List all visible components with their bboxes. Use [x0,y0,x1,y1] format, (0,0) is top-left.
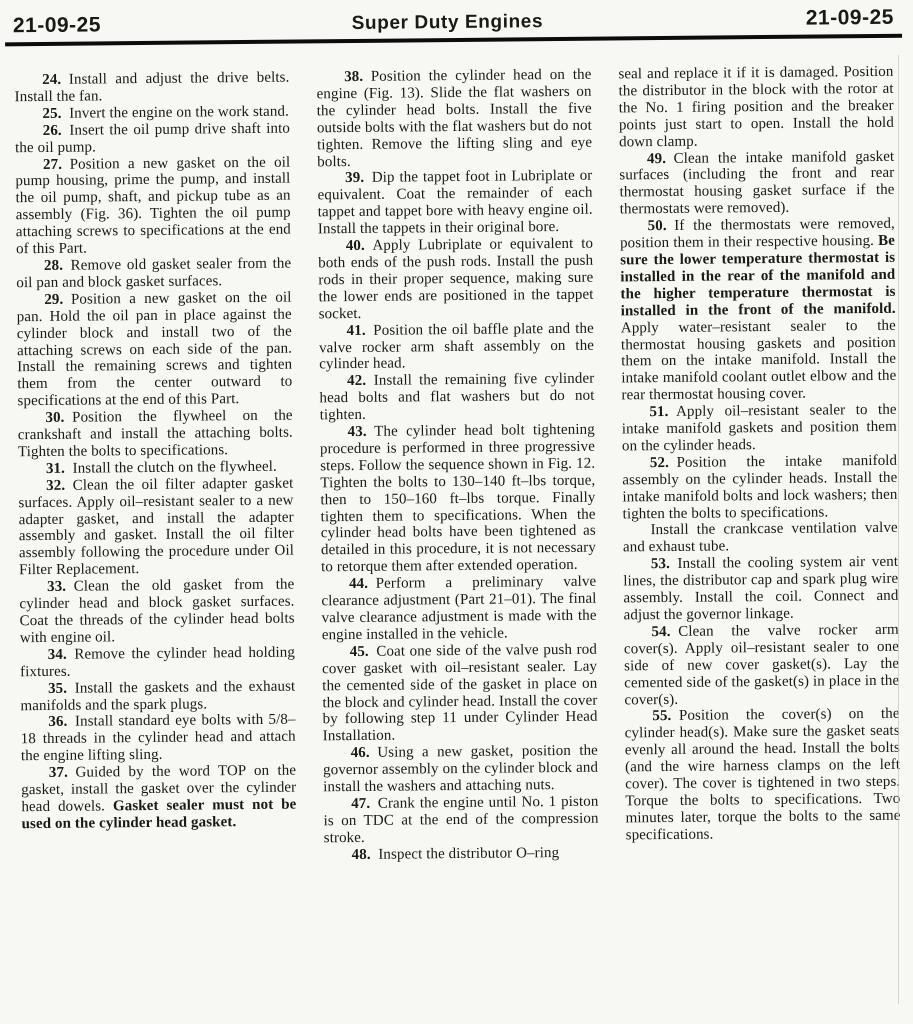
step-paragraph-49: 49. Clean the intake manifold gasket sur… [619,148,895,218]
paragraph: seal and replace it if it is damaged. Po… [618,64,894,151]
step-number: 54. [651,624,678,640]
step-number: 44. [349,576,376,592]
step-paragraph-45: 45. Coat one side of the valve push rod … [322,641,598,745]
body-text: seal and replace it if it is damaged. Po… [618,64,894,150]
scan-artifact-line [898,55,899,1004]
step-number: 49. [647,150,674,166]
step-paragraph-41: 41. Position the oil baffle plate and th… [319,320,594,373]
step-paragraph-36: 36. Install standard eye bolts with 5/8–… [21,712,296,765]
text-column: seal and replace it if it is damaged. Po… [618,64,901,861]
step-number: 24. [42,72,69,88]
step-number: 55. [652,708,679,724]
step-paragraph-55: 55. Position the cover(s) on the cylinde… [624,706,900,844]
step-paragraph-35: 35. Install the gaskets and the exhaust … [20,678,295,714]
step-number: 43. [348,424,375,440]
step-number: 37. [49,765,76,781]
step-number: 45. [350,644,377,660]
step-number: 39. [345,170,372,186]
step-number: 47. [351,796,378,812]
step-paragraph-29: 29. Position a new gasket on the oil pan… [16,289,292,410]
manual-page: 21-09-25 Super Duty Engines 21-09-25 24.… [0,0,913,1024]
step-paragraph-39: 39. Dip the tappet foot in Lubriplate or… [317,168,593,238]
text-column: 24. Install and adjust the drive belts. … [14,70,297,867]
page-number-left: 21-09-25 [13,13,101,38]
step-paragraph-34: 34. Remove the cylinder head holding fix… [20,644,295,680]
step-number: 32. [46,477,73,493]
step-paragraph-33: 33. Clean the old gasket from the cylind… [19,577,295,647]
step-paragraph-40: 40. Apply Lubriplate or equivalent to bo… [318,236,594,323]
step-paragraph-48: 48. Inspect the distributor O–ring [324,844,599,864]
step-paragraph-26: 26. Insert the oil pump drive shaft into… [15,120,290,156]
step-paragraph-54: 54. Clean the valve rocker arm cover(s).… [624,622,900,709]
step-paragraph-37: 37. Guided by the word TOP on the gasket… [21,763,297,833]
body-text: Apply water–resistant sealer to the ther… [621,317,897,403]
step-number: 31. [46,461,73,477]
body-text: Position the cover(s) on the cylinder he… [625,706,901,843]
content-columns: 24. Install and adjust the drive belts. … [0,38,913,867]
body-text: Invert the engine on the work stand. [69,103,289,121]
step-number: 28. [44,258,71,274]
step-number: 29. [44,291,71,307]
step-number: 42. [347,373,374,389]
step-paragraph-44: 44. Perform a preliminary valve clearanc… [321,574,597,644]
step-paragraph-53: 53. Install the cooling system air vent … [623,554,899,624]
step-number: 46. [351,745,378,761]
body-text: The cylinder head bolt tightening proced… [320,422,596,576]
step-paragraph-47: 47. Crank the engine until No. 1 piston … [323,794,598,847]
step-paragraph-52: 52. Position the intake manifold assembl… [622,453,898,523]
step-number: 35. [48,680,75,696]
step-number: 52. [650,455,677,471]
step-number: 25. [42,106,69,122]
page-title: Super Duty Engines [352,11,544,35]
body-text: Inspect the distributor O–ring [378,845,559,863]
step-paragraph-27: 27. Position a new gasket on the oil pum… [15,154,291,258]
step-paragraph-24: 24. Install and adjust the drive belts. … [14,70,289,106]
body-text: Install the crankcase ventilation valve … [623,520,898,556]
step-paragraph-46: 46. Using a new gasket, position the gov… [323,743,598,796]
step-number: 51. [649,404,676,420]
body-text: Install the clutch on the flywheel. [72,459,276,477]
page-content: 21-09-25 Super Duty Engines 21-09-25 24.… [0,0,913,867]
page-number-right: 21-09-25 [806,6,894,31]
step-paragraph-38: 38. Position the cylinder head on the en… [316,67,592,171]
step-number: 34. [48,646,75,662]
step-number: 50. [648,218,675,234]
step-paragraph-42: 42. Install the remaining five cylinder … [319,371,594,424]
step-paragraph-50: 50. If the thermostats were removed, pos… [620,216,897,405]
step-number: 27. [43,156,70,172]
text-column: 38. Position the cylinder head on the en… [316,67,599,864]
step-paragraph-28: 28. Remove old gasket sealer from the oi… [16,256,291,292]
step-paragraph-43: 43. The cylinder head bolt tightening pr… [320,422,596,577]
step-number: 33. [47,579,74,595]
step-paragraph-30: 30. Position the flywheel on the cranksh… [18,408,293,461]
step-paragraph-51: 51. Apply oil–resistant sealer to the in… [622,402,897,455]
step-number: 26. [43,122,70,138]
step-number: 36. [48,714,75,730]
step-number: 30. [45,410,72,426]
paragraph: Install the crankcase ventilation valve … [623,520,898,556]
step-number: 41. [347,322,374,338]
step-number: 40. [346,238,373,254]
step-number: 53. [651,556,678,572]
step-number: 48. [352,846,379,862]
page-header: 21-09-25 Super Duty Engines 21-09-25 [0,0,910,38]
step-paragraph-32: 32. Clean the oil filter adapter gasket … [18,475,294,579]
step-number: 38. [344,69,371,85]
